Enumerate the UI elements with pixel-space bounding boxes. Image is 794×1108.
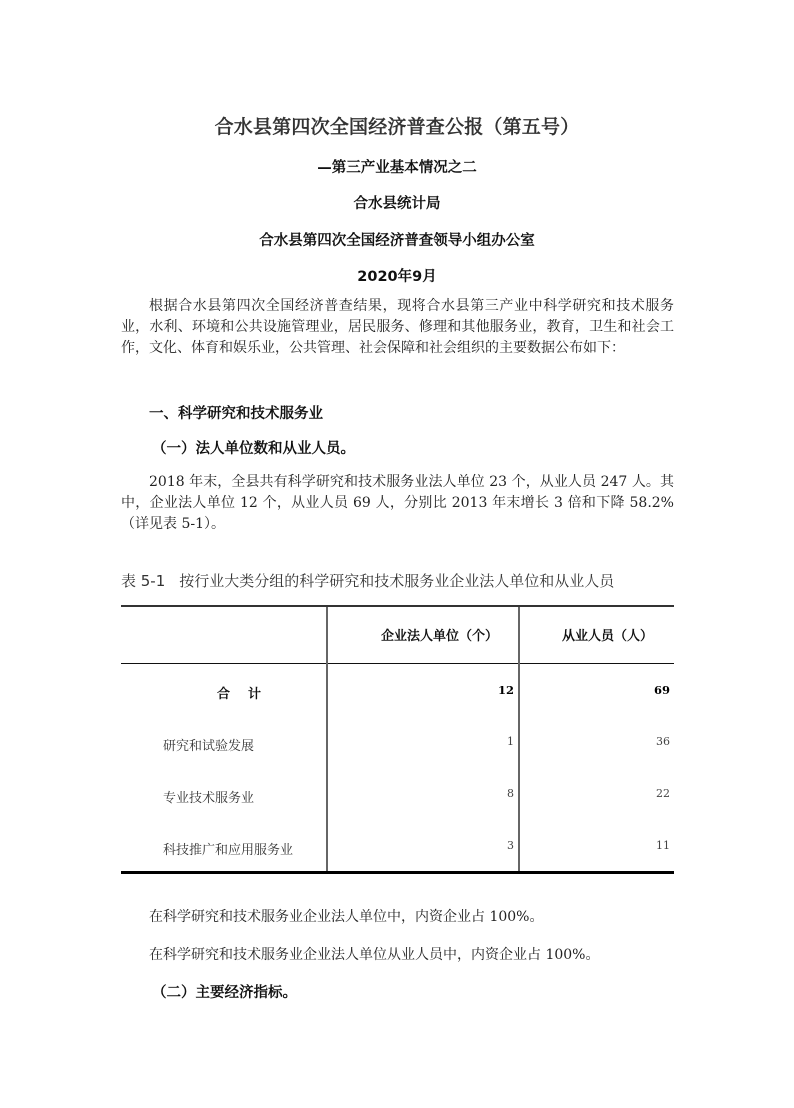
table-title: 按行业大类分组的科学研究和技术服务业企业法人单位和从业人员 xyxy=(179,572,614,590)
subsection-heading-2: （二）主要经济指标。 xyxy=(152,981,297,1002)
table-number: 表 5-1 xyxy=(121,572,165,590)
table-bottom-rule xyxy=(121,871,674,874)
table-header-rule xyxy=(121,663,674,664)
column-header-units: 企业法人单位（个） xyxy=(328,625,498,644)
row-employees: 11 xyxy=(520,839,670,852)
column-header-employees: 从业人员（人） xyxy=(520,625,653,644)
note-units-domestic: 在科学研究和技术服务业企业法人单位中，内资企业占 100%。 xyxy=(149,906,543,926)
row-units: 12 xyxy=(328,683,514,697)
table-row: 科技推广和应用服务业 3 11 xyxy=(121,839,674,859)
row-label: 专业技术服务业 xyxy=(163,787,254,806)
section-heading: 一、科学研究和技术服务业 xyxy=(149,402,323,423)
table-row: 专业技术服务业 8 22 xyxy=(121,787,674,807)
table-caption: 表 5-1按行业大类分组的科学研究和技术服务业企业法人单位和从业人员 xyxy=(121,570,614,591)
row-units: 3 xyxy=(328,839,514,852)
intro-paragraph: 根据合水县第四次全国经济普查结果，现将合水县第三产业中科学研究和技术服务业，水利… xyxy=(121,296,674,359)
document-title: 合水县第四次全国经济普查公报（第五号） xyxy=(0,112,794,139)
row-employees: 36 xyxy=(520,735,670,748)
issuing-org-2: 合水县第四次全国经济普查领导小组办公室 xyxy=(0,229,794,250)
table-row-total: 合计 12 69 xyxy=(121,683,674,703)
row-label: 研究和试验发展 xyxy=(163,735,254,754)
row-label: 科技推广和应用服务业 xyxy=(163,839,293,858)
document-subtitle: —第三产业基本情况之二 xyxy=(0,156,794,177)
row-label: 合计 xyxy=(217,683,279,702)
issuing-org-1: 合水县统计局 xyxy=(0,192,794,213)
row-units: 8 xyxy=(328,787,514,800)
row-employees: 22 xyxy=(520,787,670,800)
row-units: 1 xyxy=(328,735,514,748)
table-row: 研究和试验发展 1 36 xyxy=(121,735,674,755)
subsection-heading-1: （一）法人单位数和从业人员。 xyxy=(152,437,355,458)
note-employees-domestic: 在科学研究和技术服务业企业法人单位从业人员中，内资企业占 100%。 xyxy=(149,944,599,964)
data-table: 企业法人单位（个） 从业人员（人） 合计 12 69 研究和试验发展 1 36 … xyxy=(121,605,674,873)
row-employees: 69 xyxy=(520,683,670,697)
publish-date: 2020年9月 xyxy=(0,265,794,286)
table-top-rule xyxy=(121,605,674,607)
document-page: 合水县第四次全国经济普查公报（第五号） —第三产业基本情况之二 合水县统计局 合… xyxy=(0,0,794,1108)
subsection-body-1: 2018 年末，全县共有科学研究和技术服务业法人单位 23 个，从业人员 247… xyxy=(121,472,674,535)
